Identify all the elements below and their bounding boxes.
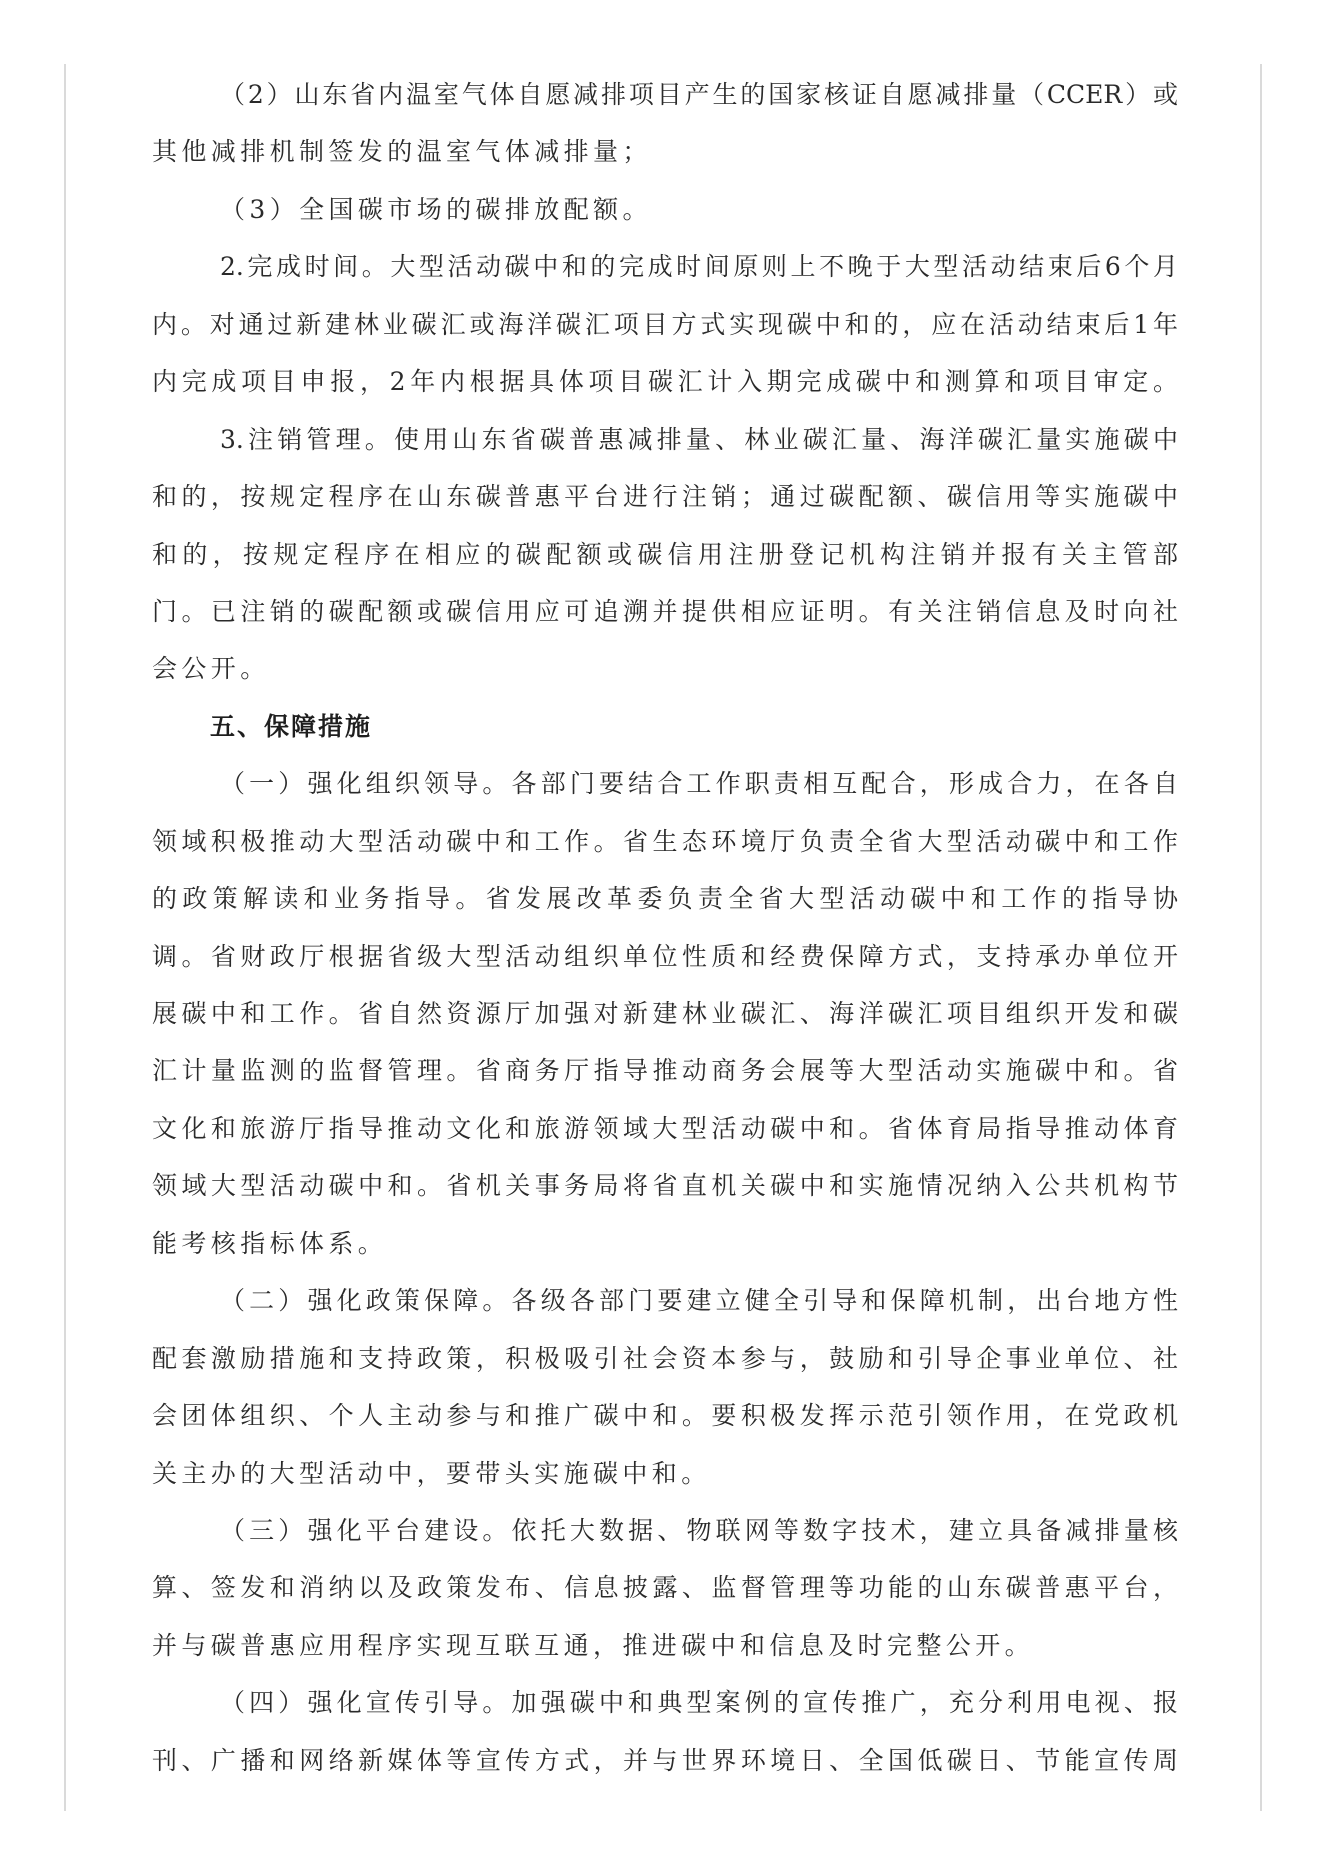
paragraph-line: 刊、广播和网络新媒体等宣传方式，并与世界环境日、全国低碳日、节能宣传周 <box>152 1732 1178 1789</box>
paragraph-line: 门。已注销的碳配额或碳信用应可追溯并提供相应证明。有关注销信息及时向社 <box>152 583 1178 640</box>
paragraph-line: 配套激励措施和支持政策，积极吸引社会资本参与，鼓励和引导企事业单位、社 <box>152 1330 1178 1387</box>
paragraph-line: 汇计量监测的监督管理。省商务厅指导推动商务会展等大型活动实施碳中和。省 <box>152 1042 1178 1099</box>
paragraph-line: 能考核指标体系。 <box>152 1215 1178 1272</box>
paragraph-line: 算、签发和消纳以及政策发布、信息披露、监督管理等功能的山东碳普惠平台， <box>152 1559 1178 1616</box>
paragraph-line: （三）强化平台建设。依托大数据、物联网等数字技术，建立具备减排量核 <box>152 1502 1178 1559</box>
paragraph-line: 领域积极推动大型活动碳中和工作。省生态环境厅负责全省大型活动碳中和工作 <box>152 813 1178 870</box>
paragraph-line: 会团体组织、个人主动参与和推广碳中和。要积极发挥示范引领作用，在党政机 <box>152 1387 1178 1444</box>
paragraph-line: （2）山东省内温室气体自愿减排项目产生的国家核证自愿减排量（CCER）或 <box>152 66 1178 123</box>
paragraph-line: 和的，按规定程序在山东碳普惠平台进行注销；通过碳配额、碳信用等实施碳中 <box>152 468 1178 525</box>
paragraph-line: 文化和旅游厅指导推动文化和旅游领域大型活动碳中和。省体育局指导推动体育 <box>152 1100 1178 1157</box>
paragraph-line: 内完成项目申报，2年内根据具体项目碳汇计入期完成碳中和测算和项目审定。 <box>152 353 1178 410</box>
paragraph-line: （一）强化组织领导。各部门要结合工作职责相互配合，形成合力，在各自 <box>152 755 1178 812</box>
page-border-left <box>64 64 66 1811</box>
paragraph-line: 3.注销管理。使用山东省碳普惠减排量、林业碳汇量、海洋碳汇量实施碳中 <box>152 411 1178 468</box>
page-border-right <box>1260 64 1262 1811</box>
paragraph-line: （二）强化政策保障。各级各部门要建立健全引导和保障机制，出台地方性 <box>152 1272 1178 1329</box>
paragraph-line: 并与碳普惠应用程序实现互联互通，推进碳中和信息及时完整公开。 <box>152 1617 1178 1674</box>
paragraph-line: 调。省财政厅根据省级大型活动组织单位性质和经费保障方式，支持承办单位开 <box>152 928 1178 985</box>
document-body: （2）山东省内温室气体自愿减排项目产生的国家核证自愿减排量（CCER）或 其他减… <box>152 66 1178 1789</box>
paragraph-line: 和的，按规定程序在相应的碳配额或碳信用注册登记机构注销并报有关主管部 <box>152 526 1178 583</box>
paragraph-line: 领域大型活动碳中和。省机关事务局将省直机关碳中和实施情况纳入公共机构节 <box>152 1157 1178 1214</box>
paragraph-line: 展碳中和工作。省自然资源厅加强对新建林业碳汇、海洋碳汇项目组织开发和碳 <box>152 985 1178 1042</box>
paragraph-line: 会公开。 <box>152 640 1178 697</box>
paragraph-line: 其他减排机制签发的温室气体减排量； <box>152 123 1178 180</box>
paragraph-line: 2.完成时间。大型活动碳中和的完成时间原则上不晚于大型活动结束后6个月 <box>152 238 1178 295</box>
section-heading: 五、保障措施 <box>152 698 1178 755</box>
paragraph-line: （四）强化宣传引导。加强碳中和典型案例的宣传推广，充分利用电视、报 <box>152 1674 1178 1731</box>
paragraph-line: 关主办的大型活动中，要带头实施碳中和。 <box>152 1445 1178 1502</box>
paragraph-line: （3）全国碳市场的碳排放配额。 <box>152 181 1178 238</box>
paragraph-line: 内。对通过新建林业碳汇或海洋碳汇项目方式实现碳中和的，应在活动结束后1年 <box>152 296 1178 353</box>
paragraph-line: 的政策解读和业务指导。省发展改革委负责全省大型活动碳中和工作的指导协 <box>152 870 1178 927</box>
